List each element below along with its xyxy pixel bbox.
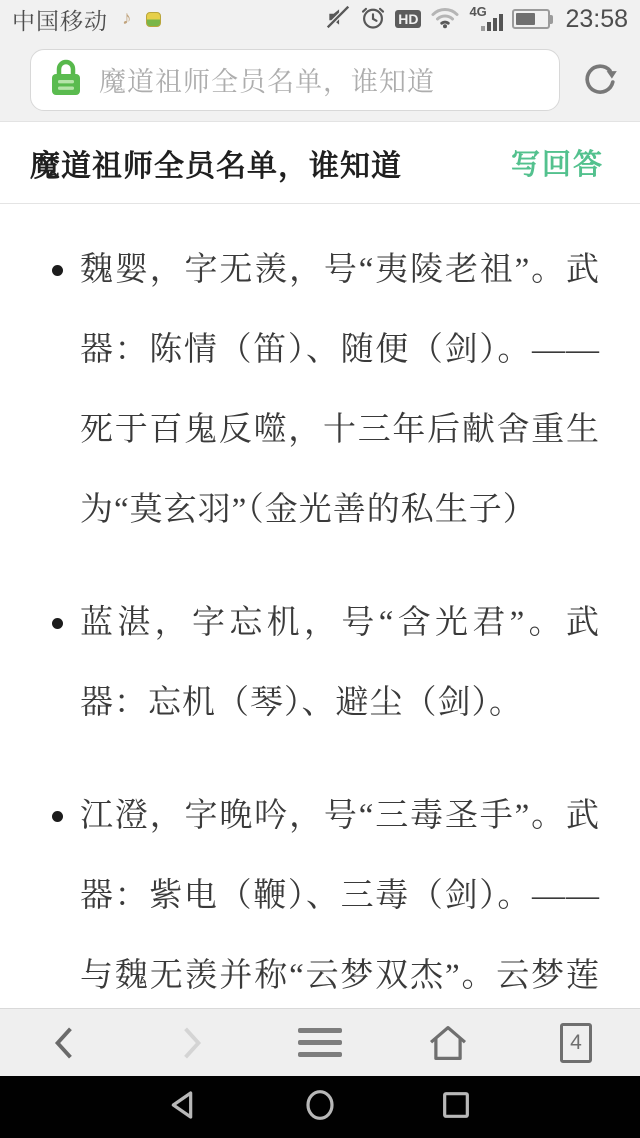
back-button[interactable] [0,1025,128,1061]
browser-bottom-toolbar: 4 [0,1008,640,1076]
android-back-button[interactable] [168,1089,200,1126]
bullet-icon [52,811,63,822]
signal-bars-icon: 4G [469,6,503,32]
hd-icon: HD [395,10,421,28]
music-note-icon: ♪ [122,8,132,30]
question-header: 魔道祖师全员名单，谁知道 写回答 [0,122,640,204]
status-time: 23:58 [565,5,628,34]
speaker-muted-icon [325,4,351,35]
question-title: 魔道祖师全员名单，谁知道 [30,141,402,185]
app-notification-icon [146,12,161,27]
write-answer-button[interactable]: 写回答 [511,142,604,183]
list-item: 蓝湛，字忘机，号“含光君”。武器：忘机（琴）、避尘（剑）。 [52,583,600,743]
character-entry-jiangcheng: 江澄，字晚吟，号“三毒圣手”。武器：紫电（鞭）、三毒（剑）。——与魏无羡并称“云… [80,776,600,1008]
android-recents-button[interactable] [440,1089,472,1126]
home-button[interactable] [384,1023,512,1063]
browser-url-toolbar: 魔道祖师全员名单，谁知道 [0,38,640,122]
battery-icon [512,9,553,29]
tab-count-badge: 4 [560,1023,592,1063]
url-search-field[interactable]: 魔道祖师全员名单，谁知道 [30,49,560,111]
refresh-button[interactable] [560,59,640,101]
alarm-clock-icon [360,4,386,35]
android-home-button[interactable] [304,1089,336,1126]
bullet-icon [52,265,63,276]
hamburger-icon [298,1028,342,1057]
answer-content: 魏婴，字无羡，号“夷陵老祖”。武器：陈情（笛）、随便（剑）。——死于百鬼反噬，十… [0,204,640,1008]
secure-lock-icon [49,56,83,103]
menu-button[interactable] [256,1028,384,1057]
list-item: 江澄，字晚吟，号“三毒圣手”。武器：紫电（鞭）、三毒（剑）。——与魏无羡并称“云… [52,776,600,1008]
android-nav-bar [0,1076,640,1138]
bullet-icon [52,618,63,629]
wifi-icon [430,5,460,34]
character-entry-lanzhan: 蓝湛，字忘机，号“含光君”。武器：忘机（琴）、避尘（剑）。 [80,583,600,743]
tabs-button[interactable]: 4 [512,1023,640,1063]
list-item: 魏婴，字无羡，号“夷陵老祖”。武器：陈情（笛）、随便（剑）。——死于百鬼反噬，十… [52,230,600,550]
character-entry-weiying: 魏婴，字无羡，号“夷陵老祖”。武器：陈情（笛）、随便（剑）。——死于百鬼反噬，十… [80,230,600,550]
carrier-label: 中国移动 [12,3,108,36]
forward-button [128,1025,256,1061]
status-bar: 中国移动 ♪ HD [0,0,640,38]
url-query-text: 魔道祖师全员名单，谁知道 [99,60,435,99]
